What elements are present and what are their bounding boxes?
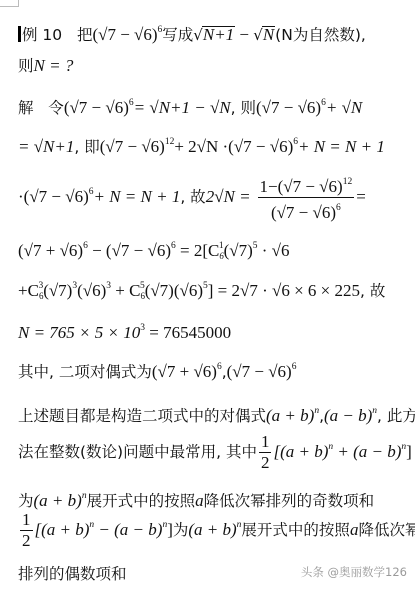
text: 为 bbox=[18, 492, 34, 510]
text: 把 bbox=[77, 26, 93, 44]
solution-line-5: +C63(√7)3(√6)3 + C65(√7)(√6)5] = 2√7 · √… bbox=[18, 276, 385, 306]
math-expr: = 76545000 bbox=[145, 323, 231, 342]
math-expr: N = ? bbox=[34, 56, 74, 75]
math-expr: (√7 + √6) bbox=[18, 241, 83, 260]
summary-line-1: 上述题目都是构造二项式中的对偶式(a + b)n,(a − b)n, 此方 bbox=[18, 401, 415, 426]
math-expr: (√7 + √6) bbox=[152, 362, 217, 381]
math-expr: (√7 − √6) bbox=[92, 25, 157, 44]
exponent: 12 bbox=[343, 177, 353, 187]
text: , 即 bbox=[74, 138, 99, 156]
exponent: 6 bbox=[336, 203, 341, 213]
fraction: 1−(√7 − √6)12 (√7 − √6)6 bbox=[258, 172, 355, 223]
summary-line-3: 为(a + b)n展开式中的按照a降低次幂排列的奇数项和 bbox=[18, 486, 374, 511]
fraction-denominator: (√7 − √6) bbox=[271, 203, 336, 222]
math-expr: +C bbox=[18, 281, 39, 300]
fraction-numerator: 1 bbox=[20, 510, 33, 531]
fraction-numerator: 1 bbox=[259, 432, 272, 453]
text: 排列的偶数项和 bbox=[18, 565, 127, 583]
fraction-half: 12 bbox=[259, 432, 272, 473]
math-var: a bbox=[195, 491, 204, 510]
summary-line-5: 排列的偶数项和 bbox=[18, 564, 127, 584]
math-expr: (a + b) bbox=[188, 520, 236, 539]
math-expr: + 2√N ·(√7 − √6) bbox=[174, 137, 293, 156]
math-expr: (a + b) bbox=[266, 406, 314, 425]
watermark: 头条 @奥丽数学126 bbox=[301, 564, 407, 580]
math-expr: ·(√7 − √6) bbox=[18, 187, 89, 206]
math-expr: (√7 − √6) bbox=[64, 98, 129, 117]
summary-line-4: 12[(a + b)n − (a − b)n]为(a + b)n展开式中的按照a… bbox=[18, 510, 415, 551]
result-line: N = 765 × 5 × 103 = 76545000 bbox=[18, 318, 231, 343]
text: , 故 bbox=[180, 188, 205, 206]
text: 令 bbox=[48, 99, 64, 117]
question-line: 则N = ? bbox=[18, 56, 73, 76]
text: 其中, 二项对偶式为 bbox=[18, 363, 152, 381]
fraction-denominator: 2 bbox=[22, 531, 31, 551]
math-expr: (√7)(√6) bbox=[145, 281, 203, 300]
fraction-denominator: 2 bbox=[261, 453, 270, 473]
math-expr: + N = N + 1 bbox=[298, 137, 385, 156]
text: , 则 bbox=[231, 99, 256, 117]
example-statement: 例 10 把(√7 − √6)6写成√N+1 − √N(N为自然数), bbox=[18, 20, 366, 45]
text: , 此方 bbox=[377, 407, 415, 425]
text: (N为自然数), bbox=[275, 26, 366, 44]
math-expr: (√7) bbox=[224, 241, 253, 260]
math-expr: = 2[C bbox=[176, 241, 220, 260]
math-expr: (a + b) bbox=[34, 491, 82, 510]
text: 展开式中的按照 bbox=[241, 521, 350, 539]
math-expr: N bbox=[262, 26, 275, 43]
page-corner-mark bbox=[0, 0, 19, 7]
text: 为 bbox=[173, 521, 189, 539]
math-expr: (√7 − √6) bbox=[256, 98, 321, 117]
solution-label: 解 bbox=[18, 99, 34, 117]
math-expr: = √N+1 bbox=[18, 137, 74, 156]
example-label: 例 10 bbox=[22, 26, 62, 44]
text: 降低次幂 bbox=[358, 521, 415, 539]
math-expr: · √6 bbox=[258, 241, 290, 260]
math-expr: ] = 2√7 · √6 × 6 × 225 bbox=[208, 281, 360, 300]
math-expr: + C bbox=[111, 281, 140, 300]
dual-expression-line: 其中, 二项对偶式为(√7 + √6)6,(√7 − √6)6 bbox=[18, 357, 296, 382]
solution-line-3: ·(√7 − √6)6+ N = N + 1, 故2√N = 1−(√7 − √… bbox=[18, 172, 366, 223]
math-expr: (√7 − √6) bbox=[227, 362, 292, 381]
math-expr: 2√N = bbox=[206, 187, 251, 206]
math-expr: ] bbox=[406, 442, 412, 461]
text: 上述题目都是构造二项式中的对偶式 bbox=[18, 407, 266, 425]
text: , 故 bbox=[360, 282, 385, 300]
math-expr: N+1 bbox=[202, 26, 235, 43]
math-expr: (√7 − √6) bbox=[100, 137, 165, 156]
math-expr: + (a − b) bbox=[333, 442, 401, 461]
text: 法在整数(数论)问题中最常用, 其中 bbox=[18, 443, 257, 461]
math-expr: + √N bbox=[326, 98, 362, 117]
math-expr: + N = N + 1 bbox=[93, 187, 180, 206]
math-expr: [(a + b) bbox=[273, 442, 328, 461]
math-expr: (a − b) bbox=[324, 406, 372, 425]
exponent: 12 bbox=[165, 137, 175, 147]
text: 降低次幂排列的奇数项和 bbox=[204, 492, 375, 510]
text: 则 bbox=[18, 57, 34, 75]
fraction-numerator: 1−(√7 − √6) bbox=[260, 177, 343, 196]
solution-line-1: 解 令(√7 − √6)6= √N+1 − √N, 则(√7 − √6)6+ √… bbox=[18, 93, 362, 118]
solution-line-4: (√7 + √6)6 − (√7 − √6)6 = 2[C61(√7)5 · √… bbox=[18, 236, 290, 266]
text-cursor bbox=[18, 26, 21, 42]
math-expr: = bbox=[356, 187, 366, 206]
exponent: 6 bbox=[292, 362, 297, 372]
text: 展开式中的按照 bbox=[87, 492, 196, 510]
fraction-half: 12 bbox=[20, 510, 33, 551]
math-expr: − (√7 − √6) bbox=[88, 241, 171, 260]
math-expr: (√6) bbox=[77, 281, 106, 300]
math-expr: [(a + b) bbox=[35, 520, 90, 539]
math-expr: − (a − b) bbox=[94, 520, 162, 539]
math-expr: (√7) bbox=[43, 281, 72, 300]
summary-line-2: 法在整数(数论)问题中最常用, 其中12[(a + b)n + (a − b)n… bbox=[18, 432, 412, 473]
solution-line-2: = √N+1, 即(√7 − √6)12+ 2√N ·(√7 − √6)6+ N… bbox=[18, 132, 385, 157]
math-expr: N = 765 × 5 × 10 bbox=[18, 323, 140, 342]
math-expr: = √N+1 − √N bbox=[134, 98, 231, 117]
text: 写成 bbox=[162, 26, 193, 44]
